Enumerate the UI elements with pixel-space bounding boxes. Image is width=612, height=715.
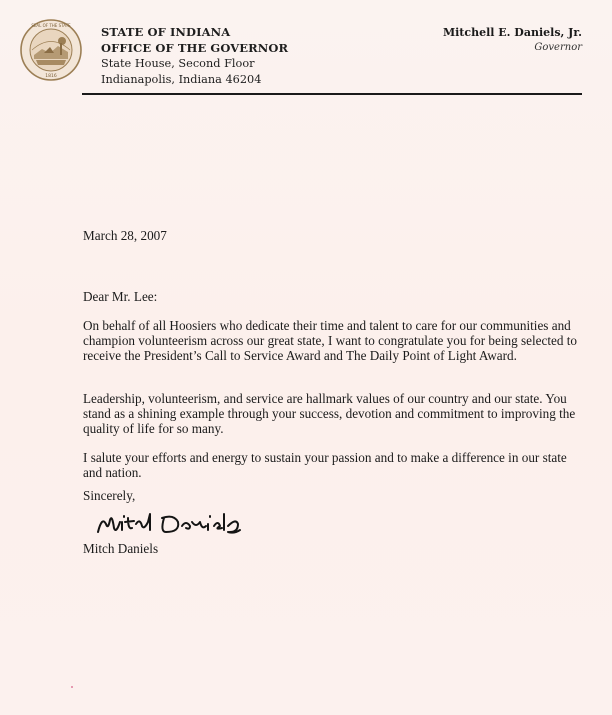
state-seal-icon: SEAL OF THE STATE 1816 [20,19,82,81]
letter-paragraph-2: Leadership, volunteerism, and service ar… [83,391,583,437]
letter-page: SEAL OF THE STATE 1816 STATE OF INDIANA … [0,0,612,715]
svg-text:1816: 1816 [45,73,57,79]
governor-block: Mitchell E. Daniels, Jr. Governor [443,26,582,56]
letter-salutation: Dear Mr. Lee: [83,289,583,304]
letterhead-divider [82,93,582,95]
signature-icon [94,510,254,538]
governor-name: Mitchell E. Daniels, Jr. [443,26,582,40]
letter-paragraph-3: I salute your efforts and energy to sust… [83,450,583,480]
letter-signer: Mitch Daniels [83,541,583,556]
paper-speck [71,686,73,688]
letter-paragraph-1: On behalf of all Hoosiers who dedicate t… [83,318,583,364]
letter-closing: Sincerely, [83,488,583,503]
letterhead-city: Indianapolis, Indiana 46204 [101,72,288,88]
letterhead-state: STATE OF INDIANA [101,24,288,40]
letterhead-office: OFFICE OF THE GOVERNOR [101,40,288,56]
governor-title: Governor [443,40,582,56]
svg-text:SEAL OF THE STATE: SEAL OF THE STATE [31,23,71,28]
letterhead-address: STATE OF INDIANA OFFICE OF THE GOVERNOR … [101,24,288,88]
letterhead-street: State House, Second Floor [101,56,288,72]
letter-date: March 28, 2007 [83,228,583,243]
